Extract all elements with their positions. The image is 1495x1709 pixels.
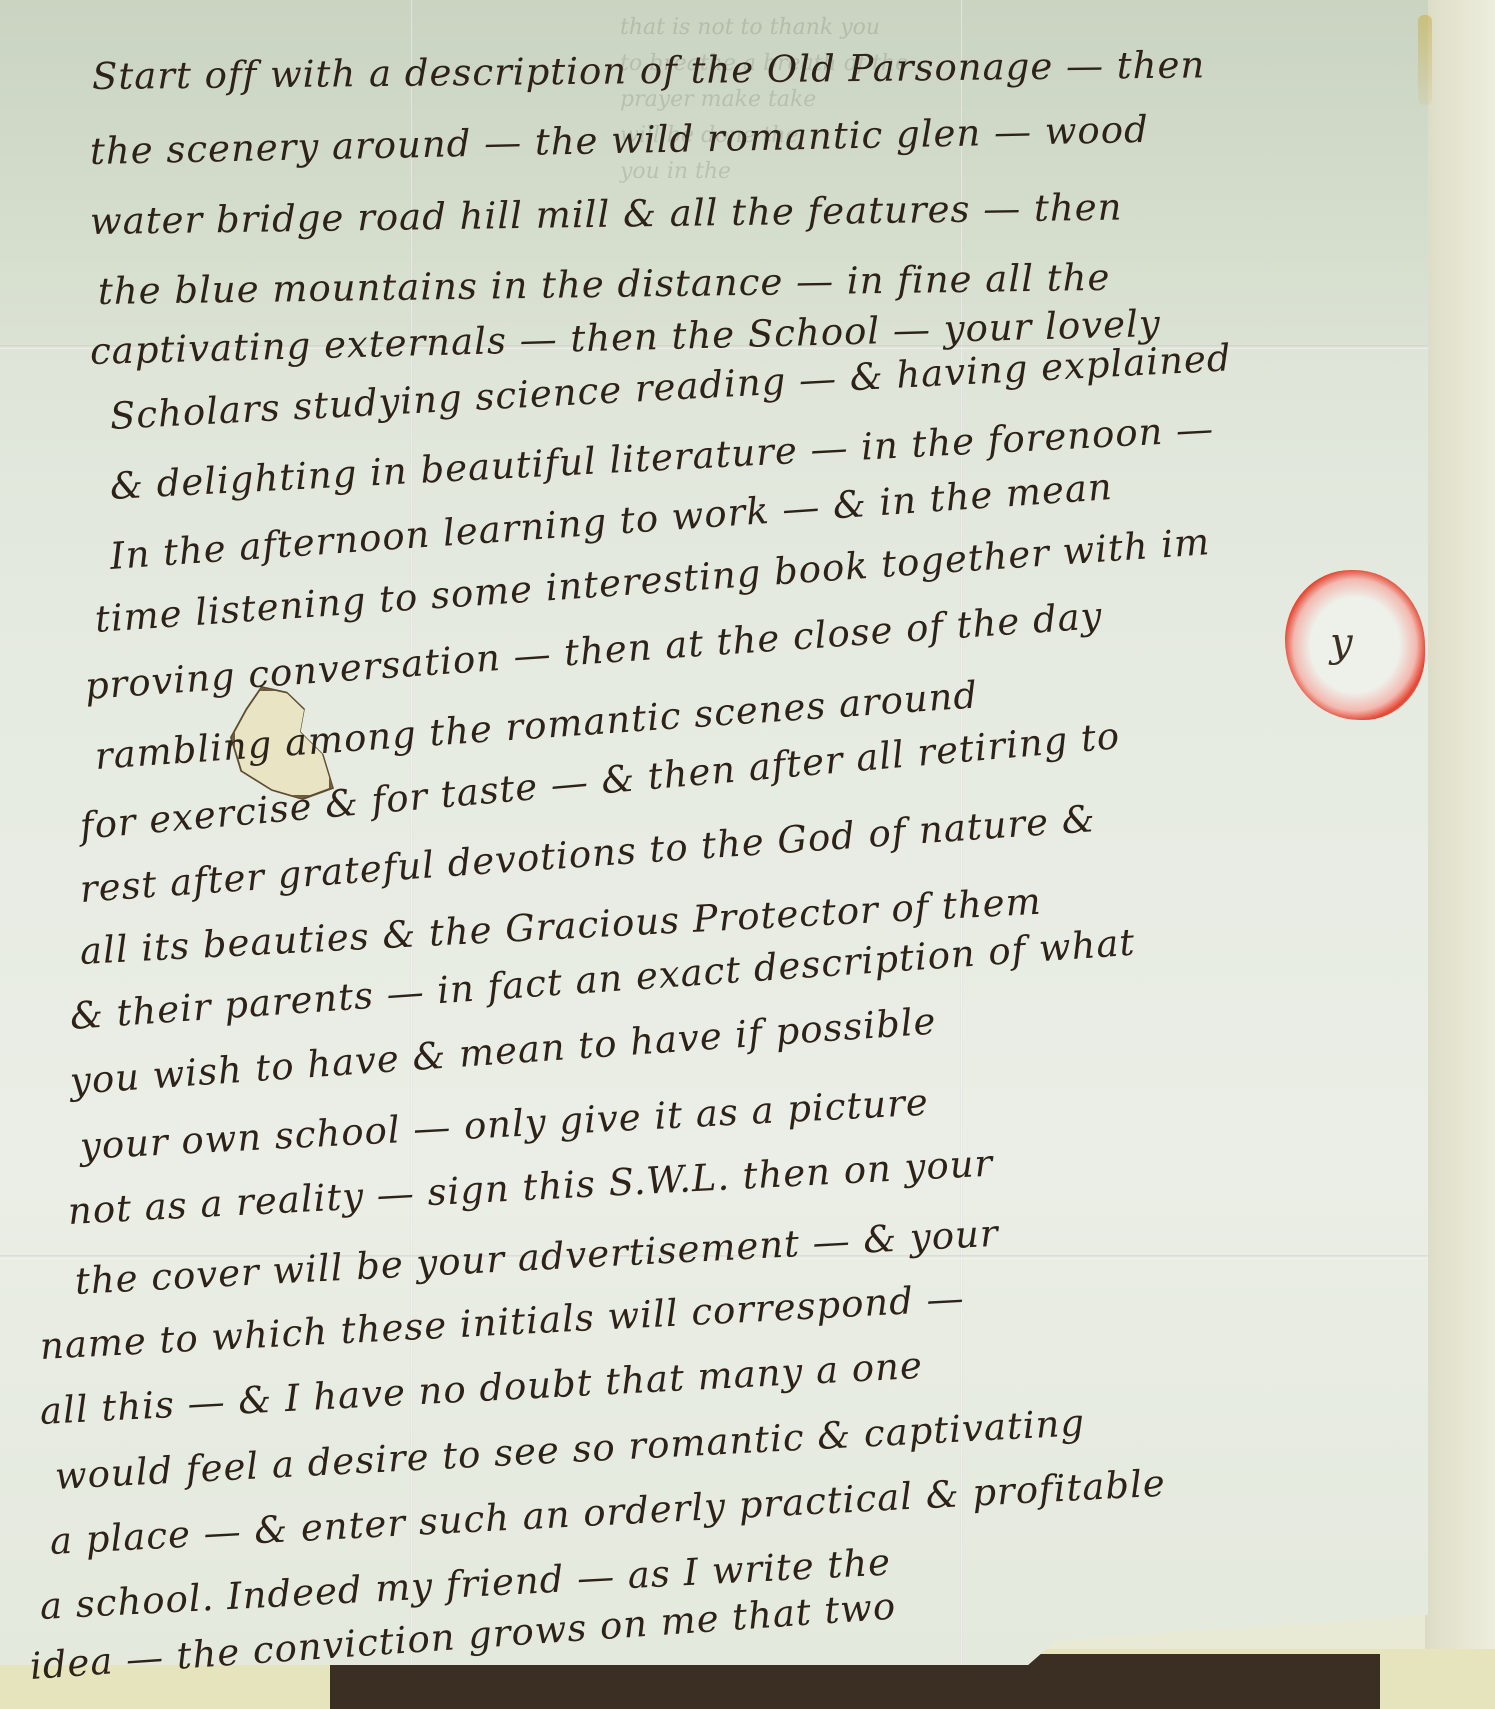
- edge-stain: [1418, 15, 1432, 105]
- background-surface: [1425, 0, 1495, 1709]
- seal-mark: y: [1330, 620, 1353, 666]
- fold-crease-vertical-1: [410, 0, 413, 1665]
- bleed-through-text: that is not to thank you to breathe a br…: [620, 10, 908, 190]
